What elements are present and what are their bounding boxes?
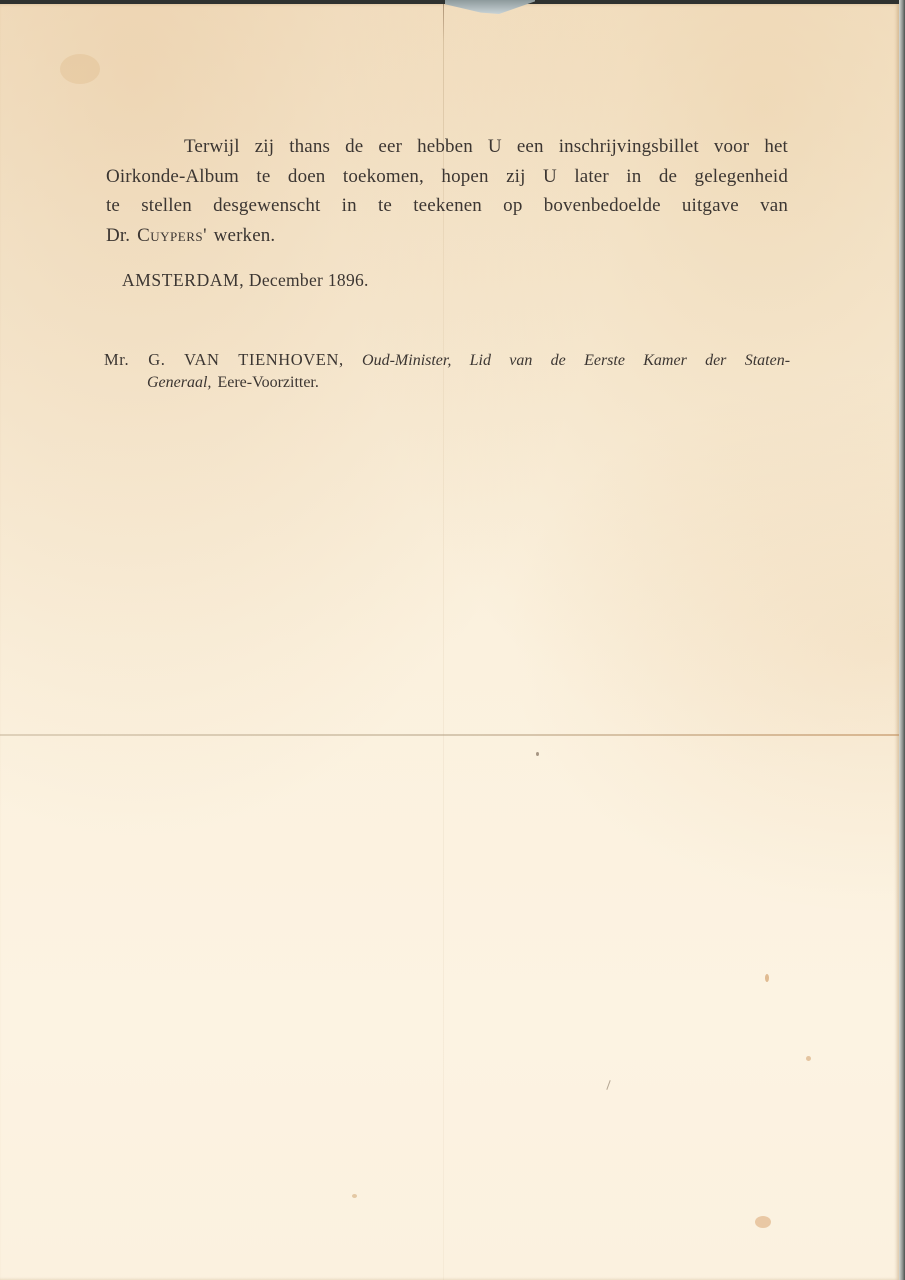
signatory-block: Mr. G. VAN TIENHOVEN, Oud-Minister, Lid … [104, 349, 790, 394]
signatory-title: Lid van de Eerste Kamer der Staten- [470, 352, 790, 369]
dateline: AMSTERDAM, December 1896. [122, 270, 369, 291]
ink-speck [606, 1080, 610, 1090]
body-text-prefix: Dr. [106, 225, 137, 246]
foxing-stain [765, 974, 769, 982]
signatory-role: Eere-Voorzitter. [217, 374, 318, 391]
signatory-line: Generaal, Eere-Voorzitter. [104, 372, 790, 394]
dateline-date: December 1896. [244, 270, 369, 290]
body-line: Terwijl zij thans de eer hebben U een in… [106, 132, 788, 162]
signatory-line: Mr. G. VAN TIENHOVEN, Oud-Minister, Lid … [104, 349, 790, 372]
scanner-background-right [899, 0, 905, 1280]
foxing-stain [755, 1216, 771, 1228]
horizontal-fold-crease [0, 734, 899, 736]
letter-body: Terwijl zij thans de eer hebben U een in… [106, 132, 788, 250]
foxing-stain [352, 1194, 357, 1198]
body-line: Dr. Cuypers' werken. [106, 221, 788, 251]
paper-page: Terwijl zij thans de eer hebben U een in… [0, 4, 899, 1280]
foxing-stain [806, 1056, 811, 1061]
signatory-title: Oud-Minister, [362, 352, 451, 369]
body-line: Oirkonde-Album te doen toekomen, hopen z… [106, 162, 788, 192]
dateline-city: AMSTERDAM, [122, 270, 244, 290]
scanned-document: Terwijl zij thans de eer hebben U een in… [0, 0, 905, 1280]
ink-speck [536, 752, 539, 756]
signatory-title: Generaal, [147, 374, 211, 391]
body-line: te stellen desgewenscht in te teekenen o… [106, 191, 788, 221]
author-name-smallcaps: Cuypers [137, 225, 203, 246]
body-text-suffix: ' werken. [203, 225, 275, 246]
signatory-name: Mr. G. VAN TIENHOVEN, [104, 350, 344, 369]
discoloration [60, 54, 100, 84]
body-paragraph: Terwijl zij thans de eer hebben U een in… [106, 132, 788, 250]
